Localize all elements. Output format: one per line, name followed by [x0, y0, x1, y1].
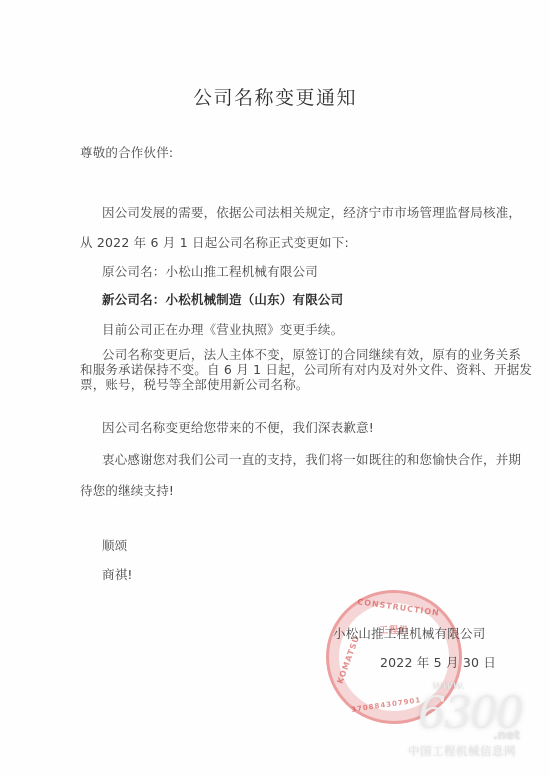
thanks-line1: 衷心感谢您对我们公司一直的支持，我们将一如既往的和您愉快合作，并期: [102, 453, 521, 467]
salutation: 尊敬的合作伙伴:: [80, 146, 173, 160]
closing-wish: 商祺!: [102, 568, 133, 582]
new-company-name: 新公司名：小松机械制造（山东）有限公司: [102, 293, 343, 307]
paragraph2-line2: 和服务承诺保持不变。自 6 月 1 日起，公司所有对内及对外文件、资料、开据发: [80, 363, 532, 377]
document-title: 公司名称变更通知: [0, 83, 550, 110]
apology-line: 因公司名称变更给您带来的不便，我们深表歉意!: [102, 421, 374, 435]
paragraph2-line3: 票，账号，税号等全部使用新公司名称。: [80, 378, 309, 392]
seal-side-text: KOMATSU: [336, 634, 362, 685]
paragraph1-line2: 从 2022 年 6 月 1 日起公司名称正式变更如下:: [80, 236, 349, 250]
watermark-net: .net: [493, 728, 520, 742]
paragraph1-line1: 因公司发展的需要，依据公司法相关规定，经济宁市市场管理监督局核准，: [102, 206, 521, 220]
old-company-name: 原公司名：小松山推工程机械有限公司: [102, 265, 318, 279]
license-note: 目前公司正在办理《营业执照》变更手续。: [102, 323, 343, 337]
thanks-line2: 待您的继续支持!: [80, 484, 174, 498]
signature-date: 2022 年 5 月 30 日: [380, 656, 496, 670]
notice-document: 公司名称变更通知 尊敬的合作伙伴: 因公司发展的需要，依据公司法相关规定，经济宁…: [0, 0, 550, 777]
seal-number: 370884307901: [351, 696, 422, 714]
closing-greeting: 顺颂: [102, 539, 127, 553]
signature-company: 小松山推工程机械有限公司: [333, 627, 485, 641]
seal-outer-text: CONSTRUCTION: [357, 597, 440, 617]
watermark-site-name: 中国工程机械信息网: [408, 743, 516, 759]
paragraph2-line1: 公司名称变更后，法人主体不变，原签订的合同继续有效，原有的业务关系: [102, 348, 521, 362]
